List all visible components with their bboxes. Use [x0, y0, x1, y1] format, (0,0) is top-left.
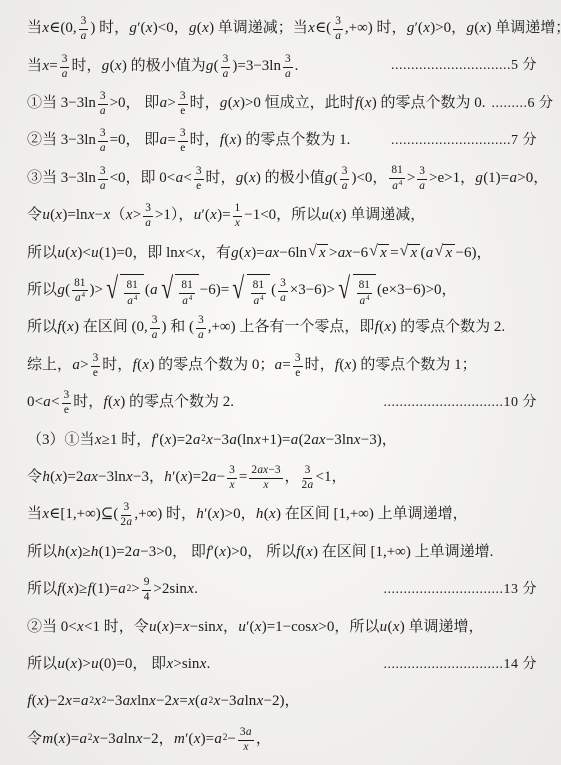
line-content: 所以 u(x)<u(1)=0，即 ln x<x，有 g(x)=ax−6ln√x>… — [27, 244, 491, 263]
fraction: 81a4 — [72, 278, 87, 306]
fraction: 3a — [333, 16, 343, 43]
fraction: 2ax−3x — [249, 465, 282, 492]
solution-lines: 当 x∈(0,3a) 时， g′(x)<0， g(x) 单调递减；当 x∈(3a… — [27, 10, 537, 758]
solution-line: 令 h(x)=2ax−3ln x−3， h′(x)=2a−3x=2ax−3x， … — [27, 459, 537, 496]
solution-line: ③当 3−3ln3a<0，即 0<a<3e 时，g(x) 的极小值 g(3a)<… — [27, 160, 537, 197]
fraction: 3e — [178, 128, 188, 155]
radical-sign-icon: √ — [233, 274, 245, 304]
solution-line: 所以 h(x)≥h(1)=2a−3>0， 即 f′(x)>0， 所以 f(x) … — [27, 533, 537, 570]
fraction: 3e — [194, 166, 204, 193]
fraction: 3a — [143, 203, 153, 230]
fraction: 3a — [98, 166, 108, 193]
fraction: 3e — [293, 353, 303, 380]
line-content: 所以 g(81a4)>√81a4(a√81a4−6)=√81a4(3a×3−6)… — [27, 274, 457, 307]
superscript: 4 — [398, 179, 402, 187]
radical-sign-icon: √ — [400, 244, 409, 260]
solution-line: 当 x∈[1,+∞)⊆(32a,+∞) 时， h′(x)>0， h(x) 在区间… — [27, 496, 537, 533]
radical: √x — [400, 244, 420, 262]
fraction: 3a — [221, 54, 231, 81]
solution-line: 所以 g(81a4)>√81a4(a√81a4−6)=√81a4(3a×3−6)… — [27, 272, 537, 309]
radical: √81a4 — [104, 274, 144, 307]
solution-line: 所以 u(x)<u(1)=0，即 ln x<x，有 g(x)=ax−6ln√x>… — [27, 234, 537, 271]
line-content: ②当 0<x<1 时，令 u(x)=x−sin x， u′(x)=1−cos x… — [27, 618, 483, 637]
fraction: 3a — [196, 315, 206, 342]
fraction: 1x — [233, 203, 243, 230]
line-content: ①当 3−3ln3a>0， 即 a>3e 时， g(x)>0 恒成立，此时 f(… — [27, 90, 485, 117]
line-content: 所以 f(x)≥f(1)=a2>94>2sin x . — [27, 576, 198, 603]
solution-line: 令 u(x)=ln x−x （x>3a>1）， u′(x)=1x−1<0，所以 … — [27, 197, 537, 234]
score-marker: ..............................13 分 — [378, 581, 538, 599]
line-content: 所以 h(x)≥h(1)=2a−3>0， 即 f′(x)>0， 所以 f(x) … — [27, 543, 493, 562]
fraction: 3a — [79, 16, 89, 43]
superscript: 4 — [188, 294, 192, 302]
fraction: 81a4 — [357, 280, 372, 308]
line-content: 当 x=3a 时， g(x) 的极小值为 g(3a)=3−3ln3a . — [27, 53, 298, 80]
fraction: 32a — [120, 502, 132, 529]
radical: √81a4 — [230, 274, 270, 307]
fraction: 81a4 — [179, 280, 194, 308]
line-content: 令 u(x)=ln x−x （x>3a>1）， u′(x)=1x−1<0，所以 … — [27, 202, 425, 229]
solution-line: 令 m(x)=a2x−3a ln x−2， m′(x)=a2−3ax， — [27, 720, 537, 757]
solution-line: ②当 0<x<1 时，令 u(x)=x−sin x， u′(x)=1−cos x… — [27, 608, 537, 645]
solution-line: ②当 3−3ln3a=0， 即 a=3e 时， f(x) 的零点个数为 1...… — [27, 122, 537, 159]
superscript: 4 — [133, 294, 137, 302]
radical-sign-icon: √ — [338, 274, 350, 304]
solution-line: 0<a<3e 时， f(x) 的零点个数为 2.................… — [27, 384, 537, 421]
solution-line: ①当 3−3ln3a>0， 即 a>3e 时， g(x)>0 恒成立，此时 f(… — [27, 85, 537, 122]
fraction: 3ax — [238, 727, 254, 754]
solution-line: f(x)−2x=a2x2−3ax ln x−2x=x(a2x−3a ln x−2… — [27, 683, 537, 720]
fraction: 32a — [302, 465, 314, 492]
line-content: 令 h(x)=2ax−3ln x−3， h′(x)=2a−3x=2ax−3x， … — [27, 464, 347, 491]
line-content: ②当 3−3ln3a=0， 即 a=3e 时， f(x) 的零点个数为 1. — [27, 127, 350, 154]
superscript: 2 — [101, 697, 106, 706]
solution-line: 所以 f(x)≥f(1)=a2>94>2sin x ..............… — [27, 571, 537, 608]
fraction: 3e — [91, 353, 101, 380]
fraction: 81a4 — [251, 280, 266, 308]
fraction: 3a — [417, 166, 427, 193]
solution-line: 所以 f(x) 在区间 (0,3a) 和 (3a,+∞) 上各有一个零点，即 f… — [27, 309, 537, 346]
superscript: 4 — [260, 294, 264, 302]
radical: √x — [435, 244, 455, 262]
fraction: 3a — [283, 54, 293, 81]
superscript: 2 — [222, 734, 227, 743]
line-content: 当 x∈(0,3a) 时， g′(x)<0， g(x) 单调递减；当 x∈(3a… — [27, 15, 561, 42]
solution-line: 综上， a>3e 时， f(x) 的零点个数为 0； a=3e 时， f(x) … — [27, 347, 537, 384]
fraction: 3a — [98, 91, 108, 118]
solution-line: 所以 u(x)>u(0)=0， 即 x>sin x ..............… — [27, 646, 537, 683]
fraction: 3a — [340, 166, 350, 193]
line-content: f(x)−2x=a2x2−3ax ln x−2x=x(a2x−3a ln x−2… — [27, 692, 300, 711]
radical-sign-icon: √ — [161, 274, 173, 304]
score-marker: ..............................5 分 — [385, 57, 537, 75]
fraction: 3a — [150, 315, 160, 342]
fraction: 81a4 — [389, 165, 404, 193]
line-content: 所以 u(x)>u(0)=0， 即 x>sin x . — [27, 655, 210, 674]
radical: √81a4 — [159, 274, 199, 307]
line-content: 当 x∈[1,+∞)⊆(32a,+∞) 时， h′(x)>0， h(x) 在区间… — [27, 501, 468, 528]
solution-line: 当 x=3a 时， g(x) 的极小值为 g(3a)=3−3ln3a .....… — [27, 47, 537, 84]
radical: √x — [369, 244, 389, 262]
radical-sign-icon: √ — [369, 244, 378, 260]
fraction: 94 — [142, 577, 152, 604]
fraction: 81a4 — [124, 280, 139, 308]
fraction: 3a — [278, 278, 288, 305]
solution-line: （3）①当 x≥1 时， f′(x)=2a2x−3a(ln x+1)=a(2ax… — [27, 421, 537, 458]
fraction: 3e — [62, 390, 72, 417]
solution-page: 当 x∈(0,3a) 时， g′(x)<0， g(x) 单调递减；当 x∈(3a… — [0, 0, 561, 765]
line-content: 令 m(x)=a2x−3a ln x−2， m′(x)=a2−3ax， — [27, 726, 271, 753]
radical-sign-icon: √ — [435, 244, 444, 260]
radical: √81a4 — [336, 274, 376, 307]
fraction: 3a — [60, 54, 70, 81]
score-marker: ..............................14 分 — [378, 656, 538, 674]
superscript: 4 — [81, 291, 85, 299]
score-marker: ..............................10 分 — [378, 394, 538, 412]
fraction: 3a — [98, 128, 108, 155]
superscript: 4 — [365, 294, 369, 302]
line-content: 所以 f(x) 在区间 (0,3a) 和 (3a,+∞) 上各有一个零点，即 f… — [27, 314, 505, 341]
line-content: （3）①当 x≥1 时， f′(x)=2a2x−3a(ln x+1)=a(2ax… — [27, 431, 397, 450]
line-content: 0<a<3e 时， f(x) 的零点个数为 2. — [27, 389, 234, 416]
radical-sign-icon: √ — [106, 274, 118, 304]
fraction: 3x — [227, 465, 237, 492]
solution-line: 当 x∈(0,3a) 时， g′(x)<0， g(x) 单调递减；当 x∈(3a… — [27, 10, 537, 47]
radical-sign-icon: √ — [308, 244, 317, 260]
superscript: 2 — [126, 585, 131, 594]
score-marker: .........6 分 — [485, 95, 553, 113]
radical: √x — [308, 244, 328, 262]
fraction: 3e — [178, 91, 188, 118]
score-marker: ..............................7 分 — [385, 132, 537, 150]
line-content: ③当 3−3ln3a<0，即 0<a<3e 时，g(x) 的极小值 g(3a)<… — [27, 164, 548, 192]
line-content: 综上， a>3e 时， f(x) 的零点个数为 0； a=3e 时， f(x) … — [27, 352, 477, 379]
